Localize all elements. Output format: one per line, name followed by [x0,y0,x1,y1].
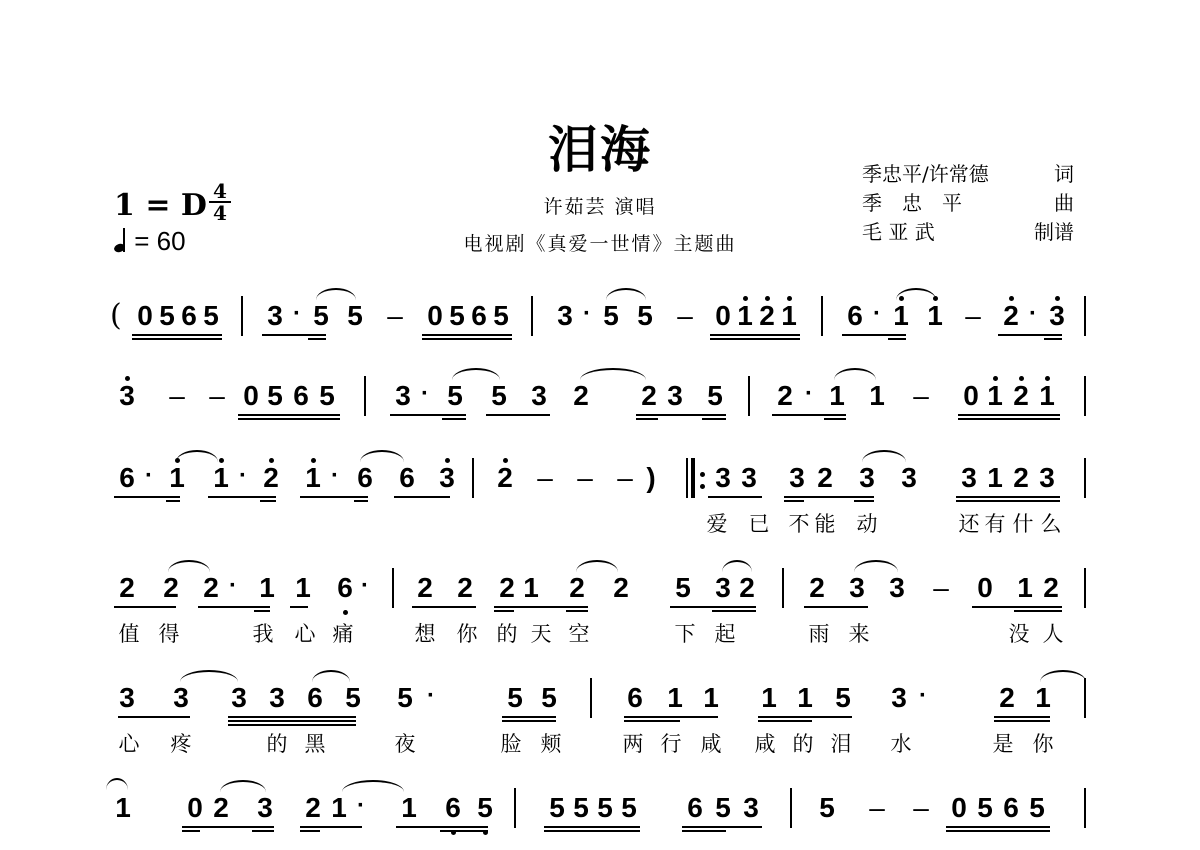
lyric-syllable: 黑 [302,728,328,758]
beam-underline [440,830,488,832]
note: 0 [712,300,734,332]
octave-down-dot-icon [343,610,348,615]
augmentation-dot: · [350,792,372,820]
octave-up-dot-icon [445,458,450,463]
note: 5 [490,300,512,332]
beam-underline [544,830,640,832]
credit-name: 季 忠 平 [862,189,962,218]
credit-name: 毛 亚 武 [862,218,935,247]
octave-up-dot-icon [1045,376,1050,381]
beam-underline [354,500,368,502]
beam-underline [994,720,1050,722]
beam-underline [712,610,756,612]
beam-underline [114,496,180,498]
note: 6 [304,682,326,714]
slur-arc [316,288,356,300]
dash-extension: – [614,462,636,494]
barline [1084,458,1086,498]
barline [1084,678,1086,718]
beam-underline [182,826,274,828]
note: 3 [116,380,138,412]
note: 3 [1036,462,1058,494]
lyric-syllable: 颊 [538,728,564,758]
barline [514,788,516,828]
note: 2 [210,792,232,824]
note: 6 [354,462,376,494]
barline [1084,296,1086,336]
note: 6 [178,300,200,332]
credit-lyricist: 季忠平/许常德词 [862,160,1074,189]
beam-underline [784,500,804,502]
beam-underline [824,418,846,420]
lyric-syllable: 天 [528,618,554,648]
slur-arc [606,288,646,300]
note: 3 [170,682,192,714]
slur-arc [180,670,238,682]
beam-underline [670,606,756,608]
open-paren: ( [110,298,122,333]
note: 3 [228,682,250,714]
note: 5 [712,792,734,824]
note: 3 [888,682,910,714]
note: 6 [396,462,418,494]
augmentation-dot: · [232,462,254,490]
beam-underline [300,496,368,498]
barline [782,568,784,608]
octave-up-dot-icon [125,376,130,381]
lyric-syllable: 两 [620,728,646,758]
lyric-syllable: 不 [786,508,812,538]
beam-underline [132,338,222,340]
dash-extension: – [384,300,406,332]
note: 0 [424,300,446,332]
beam-underline [946,830,1050,832]
tempo-marking: = 60 [114,226,186,257]
note: 5 [342,682,364,714]
barline [1084,568,1086,608]
barline [748,376,750,416]
note: 3 [898,462,920,494]
note: 2 [116,572,138,604]
augmentation-dot: · [798,380,820,408]
credit-arranger: 毛 亚 武制谱 [862,218,1074,247]
lyric-syllable: 还 [956,508,982,538]
beam-underline [238,414,340,416]
note: 5 [538,682,560,714]
time-signature: 4 4 [209,182,231,222]
note: 5 [264,380,286,412]
slur-arc [168,560,210,572]
note: 1 [1032,682,1054,714]
lyric-syllable: 的 [790,728,816,758]
note: 3 [392,380,414,412]
lyric-syllable: 下 [672,618,698,648]
note: 2 [756,300,778,332]
note: 2 [260,462,282,494]
beam-underline [198,606,270,608]
note: 1 [826,380,848,412]
lyric-syllable: 夜 [392,728,418,758]
beam-underline [228,720,356,722]
beam-underline [252,830,274,832]
augmentation-dot: · [576,300,598,328]
beam-underline [390,414,466,416]
beam-underline [166,500,180,502]
slur-arc [106,778,128,790]
beam-underline [956,500,1060,502]
note: 5 [546,792,568,824]
augmentation-dot: · [138,462,160,490]
note: 2 [566,572,588,604]
octave-up-dot-icon [311,458,316,463]
beam-underline [114,606,176,608]
dash-extension: – [674,300,696,332]
repeat-dot [700,472,705,477]
note: 2 [638,380,660,412]
slur-arc [360,450,404,462]
lyric-syllable: 水 [888,728,914,758]
beam-underline [958,418,1060,420]
repeat-thick-bar [691,458,695,498]
note: 0 [974,572,996,604]
note: 3 [958,462,980,494]
augmentation-dot: · [354,572,376,600]
octave-up-dot-icon [503,458,508,463]
note: 0 [960,380,982,412]
note: 1 [1036,380,1058,412]
lyric-syllable: 咸 [698,728,724,758]
slur-arc [896,288,936,300]
lyric-syllable: 心 [116,728,142,758]
note: 3 [846,572,868,604]
lyric-syllable: 空 [566,618,592,648]
beam-underline [888,338,906,340]
beam-underline [682,830,726,832]
lyric-syllable: 你 [454,618,480,648]
note: 5 [474,792,496,824]
dash-extension: – [534,462,556,494]
note: 3 [1046,300,1068,332]
beam-underline [486,414,550,416]
note: 1 [758,682,780,714]
note: 6 [442,792,464,824]
beam-underline [624,720,680,722]
note: 1 [166,462,188,494]
augmentation-dot: · [286,300,308,328]
beam-underline [682,826,762,828]
slur-arc [220,780,266,792]
lyric-syllable: 想 [412,618,438,648]
note: 6 [684,792,706,824]
augmentation-dot: · [1022,300,1044,328]
slur-arc [862,450,906,462]
note: 1 [794,682,816,714]
note: 5 [704,380,726,412]
note: 1 [328,792,350,824]
beam-underline [956,496,1060,498]
beam-underline [308,338,326,340]
note: 5 [504,682,526,714]
note: 1 [292,572,314,604]
slur-arc [722,560,752,572]
beam-underline [710,338,800,340]
octave-up-dot-icon [1019,376,1024,381]
beam-underline [228,716,356,718]
augmentation-dot: · [912,682,934,710]
dash-extension: – [166,380,188,412]
credit-role: 词 [1054,160,1074,189]
note: 6 [290,380,312,412]
lyric-syllable: 来 [846,618,872,648]
barline [1084,376,1086,416]
note: 0 [240,380,262,412]
note: 1 [700,682,722,714]
lyric-syllable: 咸 [752,728,778,758]
note: 5 [974,792,996,824]
key-signature: 1 = D [114,188,207,223]
note: 1 [890,300,912,332]
dash-extension: – [206,380,228,412]
note: 3 [712,462,734,494]
beam-underline [946,826,1050,828]
beam-underline [998,334,1062,336]
credit-composer: 季 忠 平曲 [862,189,1074,218]
note: 2 [302,792,324,824]
note: 5 [600,300,622,332]
lyric-syllable: 心 [292,618,318,648]
note: 1 [734,300,756,332]
note: 5 [316,380,338,412]
beam-underline [708,496,762,498]
beam-underline [394,496,450,498]
note: 5 [446,300,468,332]
augmentation-dot: · [222,572,244,600]
note: 0 [134,300,156,332]
note: 1 [210,462,232,494]
note: 2 [610,572,632,604]
note: 2 [814,462,836,494]
octave-up-dot-icon [993,376,998,381]
augmentation-dot: · [324,462,346,490]
beam-underline [494,606,588,608]
note: 2 [570,380,592,412]
beam-underline [804,606,868,608]
credits-block: 季忠平/许常德词 季 忠 平曲 毛 亚 武制谱 [862,160,1074,247]
note: 3 [856,462,878,494]
lyric-syllable: 人 [1040,618,1066,648]
lyric-syllable: 值 [116,618,142,648]
note: 5 [618,792,640,824]
octave-up-dot-icon [219,458,224,463]
note: 1 [520,572,542,604]
beam-underline [624,716,718,718]
note: 6 [116,462,138,494]
lyric-syllable: 爱 [704,508,730,538]
lyric-syllable: 我 [250,618,276,648]
note: 3 [116,682,138,714]
note: 3 [712,572,734,604]
note: 5 [444,380,466,412]
slur-arc [452,368,500,380]
lyric-syllable: 已 [746,508,772,538]
note: 3 [436,462,458,494]
lyric-syllable: 你 [1030,728,1056,758]
note: 6 [334,572,356,604]
beam-underline [422,334,512,336]
lyric-syllable: 能 [812,508,838,538]
note: 5 [156,300,178,332]
augmentation-dot: · [414,380,436,408]
lyric-syllable: 没 [1006,618,1032,648]
lyric-syllable: 脸 [498,728,524,758]
note: 2 [1010,462,1032,494]
octave-up-dot-icon [1009,296,1014,301]
tempo-value: = 60 [134,226,185,256]
octave-up-dot-icon [1055,296,1060,301]
beam-underline [636,414,726,416]
barline [531,296,533,336]
note: 1 [398,792,420,824]
beam-underline [758,716,852,718]
beam-underline [262,334,326,336]
lyric-syllable: 泪 [828,728,854,758]
note: 5 [394,682,416,714]
beam-underline [228,724,356,726]
note: 6 [844,300,866,332]
note: 2 [736,572,758,604]
note: 2 [454,572,476,604]
dash-extension: – [930,572,952,604]
note: 1 [984,380,1006,412]
beam-underline [758,720,812,722]
dash-extension: – [962,300,984,332]
barline [1084,788,1086,828]
beam-underline [842,334,906,336]
note: 3 [664,380,686,412]
note: 5 [310,300,332,332]
barline [241,296,243,336]
lyric-syllable: 什 [1010,508,1036,538]
beam-underline [544,826,640,828]
augmentation-dot: · [420,682,442,710]
note: ) [640,462,662,494]
barline [392,568,394,608]
note: 2 [774,380,796,412]
lyric-syllable: 的 [494,618,520,648]
note: 0 [948,792,970,824]
dash-extension: – [910,792,932,824]
beam-underline [300,830,320,832]
lyric-syllable: 有 [982,508,1008,538]
beam-underline [422,338,512,340]
note: 1 [302,462,324,494]
slur-arc [854,560,898,572]
barline [821,296,823,336]
beam-underline [1044,338,1062,340]
note: 3 [264,300,286,332]
note: 2 [806,572,828,604]
slur-arc [1040,670,1086,682]
slur-arc [834,368,876,380]
note: 2 [1040,572,1062,604]
note: 6 [1000,792,1022,824]
note: 1 [778,300,800,332]
beam-underline [702,418,726,420]
lyric-syllable: 痛 [330,618,356,648]
repeat-thin-bar [686,458,688,498]
beam-underline [710,334,800,336]
note: 3 [266,682,288,714]
note: 5 [832,682,854,714]
dash-extension: – [866,792,888,824]
beam-underline [784,496,874,498]
beam-underline [260,500,276,502]
note: 3 [886,572,908,604]
note: 3 [738,462,760,494]
credit-role: 制谱 [1034,218,1074,247]
note: 3 [786,462,808,494]
note: 6 [468,300,490,332]
barline [472,458,474,498]
note: 3 [254,792,276,824]
dash-extension: – [910,380,932,412]
note-stem-icon [123,228,125,252]
beam-underline [636,418,658,420]
note: 2 [414,572,436,604]
note: 0 [184,792,206,824]
octave-up-dot-icon [787,296,792,301]
lyric-syllable: 疼 [168,728,194,758]
credit-name: 季忠平/许常德 [862,160,989,189]
time-top: 4 [209,182,231,200]
lyric-syllable: 行 [658,728,684,758]
beam-underline [132,334,222,336]
beam-underline [396,826,488,828]
augmentation-dot: · [866,300,888,328]
lyric-syllable: 是 [990,728,1016,758]
note: 1 [924,300,946,332]
beam-underline [118,716,190,718]
note: 2 [496,572,518,604]
note: 5 [570,792,592,824]
octave-up-dot-icon [743,296,748,301]
note: 2 [200,572,222,604]
note: 2 [1010,380,1032,412]
lyric-syllable: 么 [1038,508,1064,538]
beam-underline [182,830,200,832]
beam-underline [442,418,466,420]
lyric-syllable: 雨 [806,618,832,648]
note: 2 [160,572,182,604]
note: 1 [984,462,1006,494]
beam-underline [994,716,1050,718]
note: 5 [1026,792,1048,824]
barline [590,678,592,718]
beam-underline [566,610,588,612]
note: 2 [1000,300,1022,332]
note: 5 [672,572,694,604]
beam-underline [238,418,340,420]
beam-underline [958,414,1060,416]
beam-underline [502,716,556,718]
beam-underline [300,826,362,828]
beam-underline [772,414,846,416]
note: 1 [664,682,686,714]
beam-underline [412,606,476,608]
note: 5 [344,300,366,332]
note: 3 [554,300,576,332]
slur-arc [312,670,350,682]
